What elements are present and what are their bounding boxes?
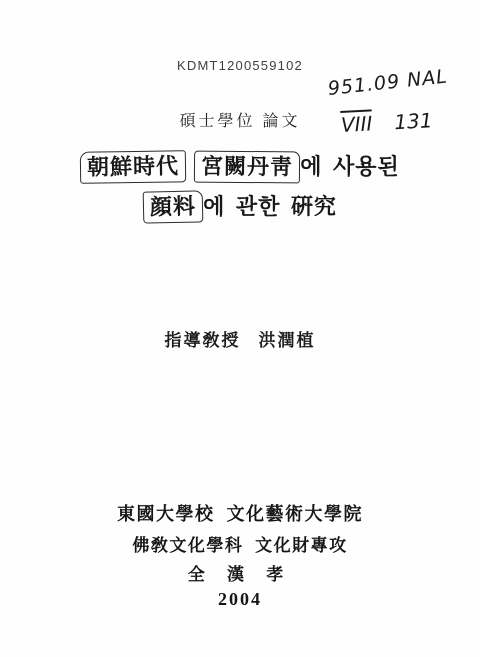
advisor-label: 指導敎授 <box>165 331 241 350</box>
advisor-name: 洪潤植 <box>259 331 316 350</box>
department-major: 佛敎文化學科 文化財專攻 <box>0 531 480 556</box>
advisor-line: 指導敎授洪潤植 <box>0 326 480 351</box>
university-name: 東國大學校 文化藝術大學院 <box>0 500 480 526</box>
thesis-title: 朝鮮時代宮闕丹靑에 사용된 顔料에 관한 硏究 <box>0 150 480 224</box>
title-line1-rest: 에 사용된 <box>300 154 400 179</box>
publication-year: 2004 <box>0 589 480 610</box>
thesis-title-line2: 顔料에 관한 硏究 <box>0 190 480 223</box>
title-boxed-word-joseon-period: 朝鮮時代 <box>80 150 186 184</box>
author-name: 全 漢 孝 <box>0 560 480 585</box>
thesis-cover-page: KDMT1200559102 951.09 NAL VIII131 碩士學位 論… <box>0 0 480 657</box>
title-boxed-word-palace-dancheong: 宮闕丹靑 <box>194 151 300 184</box>
title-boxed-word-pigments: 顔料 <box>143 191 204 225</box>
thesis-type-label: 碩士學位 論文 <box>0 108 480 131</box>
thesis-title-line1: 朝鮮時代宮闕丹靑에 사용된 <box>0 150 480 183</box>
title-line2-rest: 에 관한 硏究 <box>203 194 337 219</box>
